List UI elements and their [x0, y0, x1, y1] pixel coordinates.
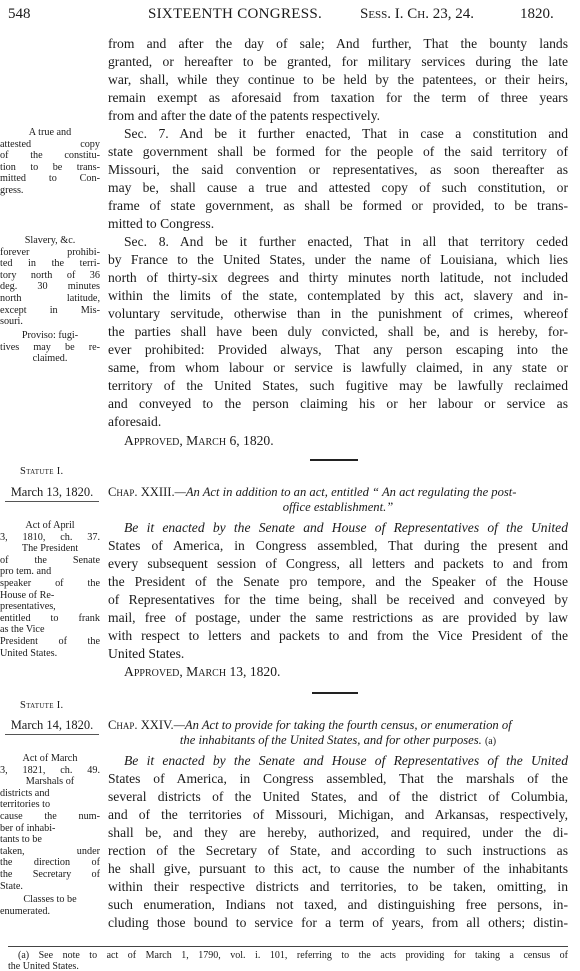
text-line: frame of state government, as shall be f… [108, 197, 568, 215]
chapter-title: —An Act in addition to an act, entitled … [175, 485, 517, 499]
statute-label: Statute I. [20, 700, 63, 711]
chapter-number: Chap. XXIV. [108, 718, 174, 732]
margin-note-classes: Classes to be enumerated. [0, 894, 100, 917]
header-year: 1820. [520, 6, 554, 23]
margin-note-proviso: Proviso: fugi- tives may be re- claimed. [0, 330, 100, 365]
section-divider [310, 459, 358, 461]
text-line: mitted to Congress. [108, 215, 568, 233]
session-chapter: Sess. I. Ch. 23, 24. [360, 6, 474, 23]
text-line: by France to the United States, under th… [108, 251, 568, 269]
text-line: with respect to letters and packets to a… [108, 627, 568, 645]
text-line: United States. [108, 645, 568, 663]
text-line: same, from whom labour or service is law… [108, 359, 568, 377]
chapter-title-cont: the inhabitants of the United States, an… [180, 733, 482, 747]
page-number: 548 [8, 6, 31, 23]
text-line: within the limits of the state, contempl… [108, 287, 568, 305]
text-line: shall be, and they are hereby, authorize… [108, 824, 568, 842]
footnote: (a) See note to act of March 1, 1790, vo… [8, 950, 568, 971]
footnote-ref[interactable]: (a) [485, 736, 496, 747]
text-line: of Representatives for the time being, s… [108, 591, 568, 609]
approved-line: Approved, March 6, 1820. [124, 433, 274, 449]
text-line: mail, free of postage, under the same re… [108, 609, 568, 627]
text-line: state government shall be formed for the… [108, 143, 568, 161]
section-divider [312, 692, 358, 694]
text-line: he shall give, pursuant to this act, to … [108, 860, 568, 878]
statute-page: 548 SIXTEENTH CONGRESS. Sess. I. Ch. 23,… [0, 0, 580, 971]
text-line: the parties shall have been duly convict… [108, 323, 568, 341]
running-title: SIXTEENTH CONGRESS. [148, 6, 322, 23]
text-line: north of thirty-six degrees and thirty m… [108, 269, 568, 287]
footnote-separator [8, 946, 568, 947]
text-line: every subsequent session of Congress, al… [108, 555, 568, 573]
text-line: ever prohibited: Provided always, That a… [108, 341, 568, 359]
text-line: territory of the United States, such fug… [108, 377, 568, 395]
chapter-heading: Chap. XXIII.—An Act in addition to an ac… [108, 485, 568, 500]
text-line: and conveyed to the person claiming his … [108, 395, 568, 413]
statute-date: March 13, 1820. [5, 485, 99, 502]
text-line: may be, shall cause a true and attested … [108, 179, 568, 197]
text-line: States of America, in Congress assembled… [108, 770, 568, 788]
text-line: Missouri, the said convention or represe… [108, 161, 568, 179]
footnote-line: (a) See note to act of March 1, 1790, vo… [8, 950, 568, 961]
chapter-heading: Chap. XXIV.—An Act to provide for taking… [108, 718, 568, 733]
approved-line: Approved, March 13, 1820. [124, 664, 280, 680]
text-line: remain exempt as aforesaid from taxation… [108, 89, 568, 107]
enacting-clause: Be it enacted by the Senate and House of… [124, 752, 568, 770]
footnote-line: the United States. [8, 961, 568, 971]
text-line: voluntary servitude, otherwise than in t… [108, 305, 568, 323]
text-line: and of the territories of Missouri, Mich… [108, 806, 568, 824]
text-line: within their respective districts and te… [108, 878, 568, 896]
margin-note-chap24: Act of March 3, 1821, ch. 49. Marshals o… [0, 753, 100, 892]
text-line: from and after the date of the patents r… [108, 107, 568, 125]
chapter-number: Chap. XXIII. [108, 485, 175, 499]
statute-date: March 14, 1820. [5, 718, 99, 735]
text-line: rection of the Secretary of State, and a… [108, 842, 568, 860]
text-line: such enumeration, Indians not taxed, and… [108, 896, 568, 914]
text-line: the President of the Senate pro tempore,… [108, 573, 568, 591]
text-line: States of America, in Congress assembled… [108, 537, 568, 555]
text-line: Sec. 7. And be it further enacted, That … [124, 125, 568, 143]
text-line: from and after the day of sale; And furt… [108, 35, 568, 53]
text-line: aforesaid. [108, 413, 568, 431]
text-line: war, shall, while they continue to be he… [108, 71, 568, 89]
margin-note-sec8: Slavery, &c. forever prohibi- ted in the… [0, 235, 100, 328]
text-line: granted, or hereafter to be granted, for… [108, 53, 568, 71]
chapter-title-cont: office establishment.” [283, 500, 394, 514]
text-line: cluding those bound to service for a ter… [108, 914, 568, 932]
text-line: several districts of the United States, … [108, 788, 568, 806]
chapter-title: —An Act to provide for taking the fourth… [174, 718, 512, 732]
margin-note-chap23: Act of April 3, 1810, ch. 37. The Presid… [0, 520, 100, 659]
margin-note-sec7: A true and attested copy of the constitu… [0, 127, 100, 197]
text-line: Sec. 8. And be it further enacted, That … [124, 233, 568, 251]
enacting-clause: Be it enacted by the Senate and House of… [124, 519, 568, 537]
statute-label: Statute I. [20, 466, 63, 477]
